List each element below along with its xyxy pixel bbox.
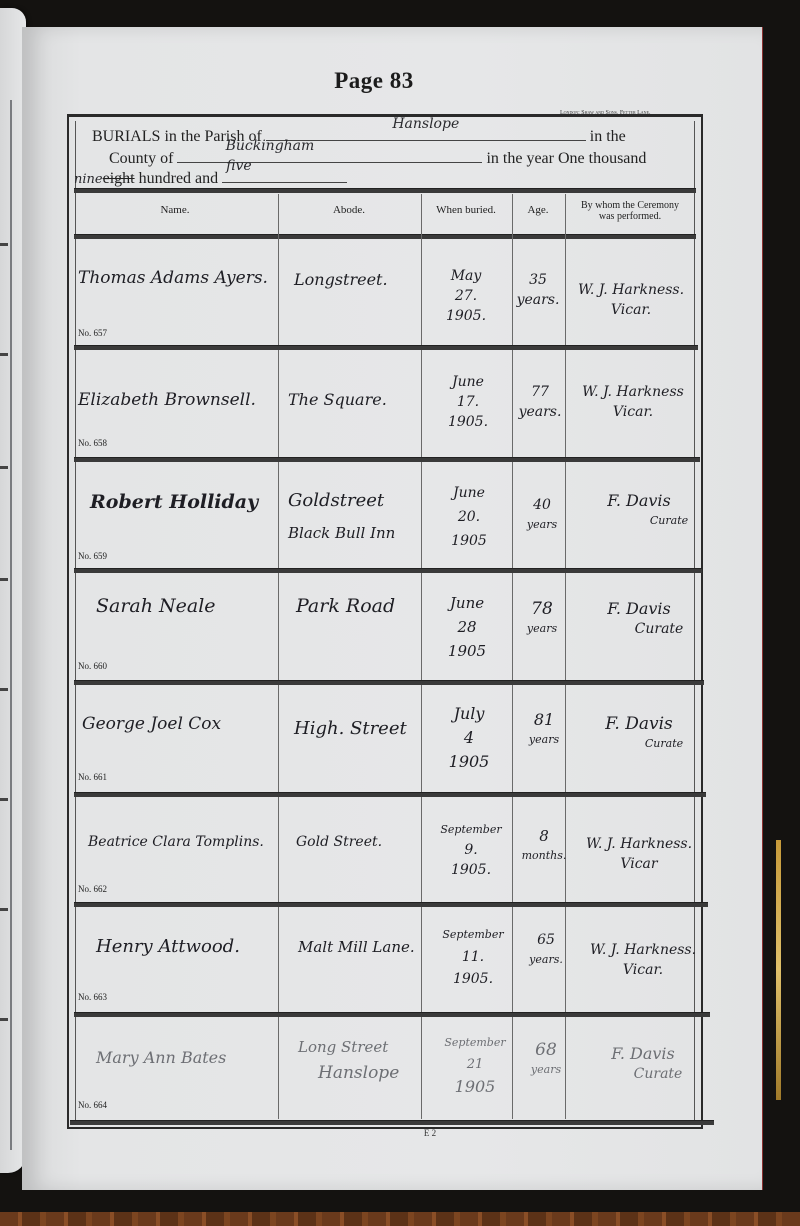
parish-value: Hanslope [266,116,586,132]
when-year: 1905 [424,529,514,553]
burial-entry: Thomas Adams Ayers. No. 657 Longstreet. … [74,240,694,344]
officiant-title: Curate [574,511,704,531]
age-value: 35 [512,270,564,290]
when-year: 1905 [430,1076,520,1098]
when-month: May [421,266,511,286]
heading-line-2: County of Buckingham in the year One tho… [109,146,646,168]
entry-number: No. 664 [78,1100,107,1110]
column-header-performed-by: By whom the Ceremony was performed. [565,200,695,222]
page-title: Page 83 [0,68,748,94]
officiant-title: Curate [574,734,704,754]
officiant-title: Vicar [574,854,704,874]
entry-name: Beatrice Clara Tomplins. [88,834,264,850]
when-year: 1905. [428,968,518,990]
officiant-name: F. Davis [578,1044,708,1064]
entry-name: Elizabeth Brownsell. [78,390,256,410]
facing-page-tick [0,466,8,469]
burial-entry: George Joel Cox No. 661 High. Street Jul… [74,686,694,790]
age-value: 77 [514,382,566,402]
when-month: September [430,1032,520,1054]
age-unit: years [516,515,568,535]
wooden-table [0,1212,800,1226]
year-value: five [226,158,347,174]
entry-number: No. 659 [78,551,107,561]
entry-name: Thomas Adams Ayers. [78,268,268,288]
age-unit: months. [518,846,570,866]
abode-line-2: Hanslope [298,1060,399,1086]
entry-performed-by: W. J. Harkness. Vicar. [578,940,708,980]
heading-line-3: nineeight hundred and five [74,166,347,188]
burial-entry: Robert Holliday No. 659 Goldstreet Black… [74,463,694,567]
column-header-performed-by-line1: By whom the Ceremony [565,200,695,211]
entry-number: No. 663 [78,992,107,1002]
entry-when-buried: September 11. 1905. [428,924,518,990]
entry-when-buried: September 21 1905 [430,1032,520,1098]
entry-performed-by: F. Davis Curate [574,599,704,639]
row-rule [74,680,704,685]
burial-entry: Elizabeth Brownsell. No. 658 The Square.… [74,352,694,456]
entry-when-buried: September 9. 1905. [426,820,516,880]
entry-age: 77 years. [514,382,566,422]
officiant-name: F. Davis [574,714,704,734]
age-value: 40 [516,495,568,515]
heading-parish-suffix: in the [590,128,626,145]
entry-age: 78 years [516,599,568,639]
entry-performed-by: W. J. Harkness Vicar. [568,382,698,422]
officiant-name: W. J. Harkness. [566,280,696,300]
age-value: 8 [518,826,570,846]
century-struck: eight [103,170,135,187]
when-month: June [423,372,513,392]
facing-page-tick [0,798,8,801]
when-year: 1905. [421,306,511,326]
burial-entry: Beatrice Clara Tomplins. No. 662 Gold St… [74,798,694,902]
county-value: Buckingham [57,138,482,154]
entry-when-buried: June 20. 1905 [424,481,514,553]
burial-entry: Sarah Neale No. 660 Park Road June 28 19… [74,575,694,679]
entry-abode: Long Street Hanslope [298,1034,399,1086]
age-unit: years [516,619,568,639]
when-year: 1905 [422,639,512,663]
entry-age: 40 years [516,495,568,535]
row-rule [74,568,702,573]
when-day: 27. [421,286,511,306]
when-month: July [424,702,514,726]
officiant-title: Vicar. [578,960,708,980]
entry-name: Mary Ann Bates [96,1048,226,1067]
entry-abode: High. Street [294,718,407,739]
when-month: June [422,591,512,615]
heading-year-label: in the year One thousand [486,150,646,167]
entry-abode: Malt Mill Lane. [298,938,415,956]
age-unit: years. [512,290,564,310]
row-rule [74,457,700,462]
facing-page-rule [4,100,12,1150]
officiant-title: Vicar. [568,402,698,422]
entry-when-buried: July 4 1905 [424,702,514,774]
facing-page-tick [0,243,8,246]
officiant-name: W. J. Harkness. [574,834,704,854]
entry-abode: The Square. [288,390,387,409]
row-rule [74,902,708,907]
entry-when-buried: May 27. 1905. [421,266,511,326]
row-rule [74,1012,710,1017]
row-rule [74,345,698,350]
when-day: 20. [424,505,514,529]
age-unit: years [520,1060,572,1080]
abode-line-2: Black Bull Inn [288,517,395,549]
century-written: nine [74,172,103,187]
facing-page-tick [0,908,8,911]
age-unit: years [518,730,570,750]
entry-abode: Park Road [296,595,395,617]
age-unit: years. [520,950,572,970]
when-day: 11. [428,946,518,968]
signature-mark: E 2 [0,1128,800,1138]
entry-number: No. 661 [78,772,107,782]
column-header-name: Name. [74,204,276,216]
entry-age: 65 years. [520,930,572,970]
when-day: 17. [423,392,513,412]
gilt-page-edge [776,840,781,1100]
entry-when-buried: June 17. 1905. [423,372,513,432]
facing-page-tick [0,578,8,581]
entry-performed-by: F. Davis Curate [578,1044,708,1084]
officiant-title: Vicar. [566,300,696,320]
when-year: 1905. [423,412,513,432]
officiant-name: W. J. Harkness [568,382,698,402]
abode-line-1: Goldstreet [288,485,395,517]
burial-entry: Mary Ann Bates No. 664 Long Street Hansl… [74,1018,694,1122]
entry-number: No. 657 [78,328,107,338]
column-header-abode: Abode. [278,204,420,216]
age-unit: years. [514,402,566,422]
officiant-name: F. Davis [574,491,704,511]
facing-page-tick [0,1018,8,1021]
officiant-name: F. Davis [574,599,704,619]
column-header-age: Age. [512,204,564,216]
when-month: September [428,924,518,946]
header-top-rule [74,188,696,193]
entry-name: George Joel Cox [82,714,221,734]
entry-performed-by: W. J. Harkness. Vicar [574,834,704,874]
entry-age: 8 months. [518,826,570,866]
entry-when-buried: June 28 1905 [422,591,512,663]
entry-name: Henry Attwood. [96,936,240,957]
age-value: 65 [520,930,572,950]
age-value: 78 [516,599,568,619]
when-month: June [424,481,514,505]
facing-page-tick [0,353,8,356]
officiant-name: W. J. Harkness. [578,940,708,960]
when-day: 4 [424,726,514,750]
entry-number: No. 662 [78,884,107,894]
entry-abode: Gold Street. [296,834,382,850]
burial-entry: Henry Attwood. No. 663 Malt Mill Lane. S… [74,908,694,1012]
facing-page-tick [0,688,8,691]
entry-abode: Longstreet. [294,270,388,289]
heading-hundred-label: hundred and [139,170,219,187]
when-day: 21 [430,1054,520,1076]
when-month: September [426,820,516,840]
entry-name: Robert Holliday [90,491,258,513]
entry-number: No. 660 [78,661,107,671]
when-day: 9. [426,840,516,860]
abode-line-1: Long Street [298,1034,399,1060]
header-bottom-rule [74,234,696,239]
age-value: 81 [518,710,570,730]
when-year: 1905. [426,860,516,880]
entry-performed-by: F. Davis Curate [574,491,704,531]
entry-performed-by: W. J. Harkness. Vicar. [566,280,696,320]
column-header-when-buried: When buried. [421,204,511,216]
when-day: 28 [422,615,512,639]
row-rule [74,792,706,797]
officiant-title: Curate [574,619,704,639]
officiant-title: Curate [578,1064,708,1084]
when-year: 1905 [424,750,514,774]
entry-performed-by: F. Davis Curate [574,714,704,754]
entry-age: 35 years. [512,270,564,310]
entry-name: Sarah Neale [96,595,216,617]
entry-age: 68 years [520,1040,572,1080]
year-field: five [222,166,347,183]
entry-abode: Goldstreet Black Bull Inn [288,485,395,549]
column-header-performed-by-line2: was performed. [565,211,695,222]
entry-number: No. 658 [78,438,107,448]
age-value: 68 [520,1040,572,1060]
entry-age: 81 years [518,710,570,750]
